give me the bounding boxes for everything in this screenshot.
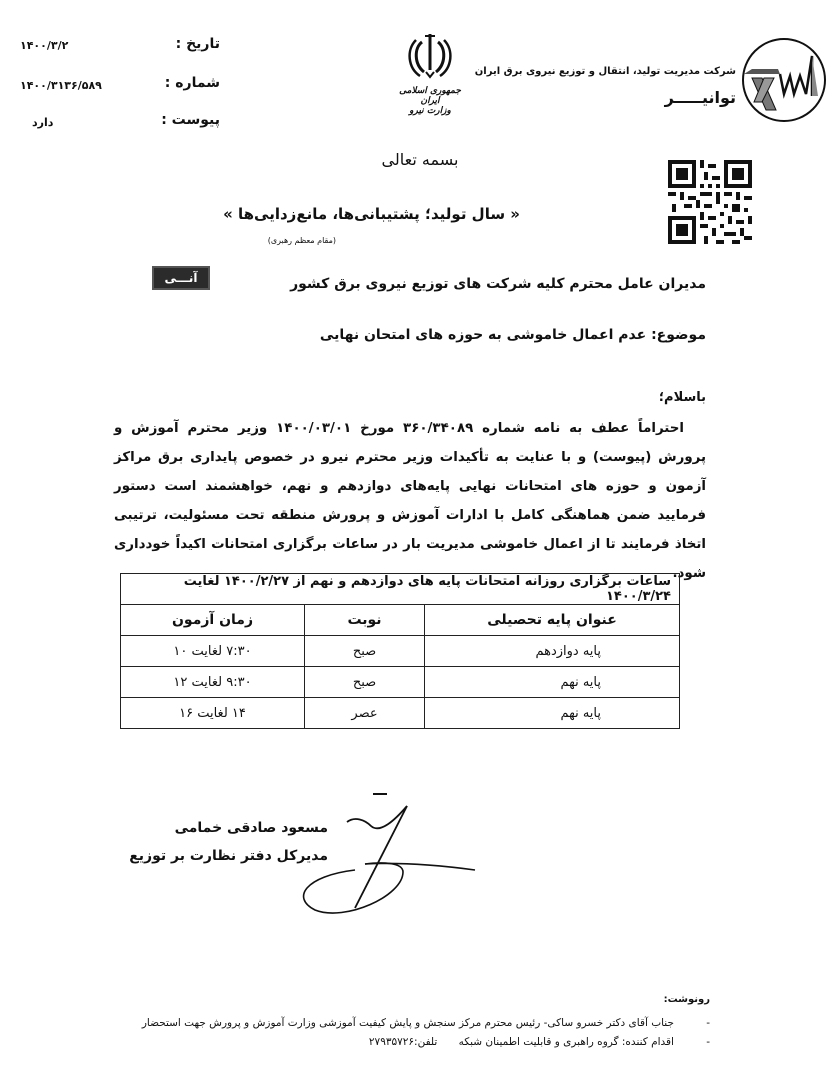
header-grade: عنوان پایه تحصیلی <box>425 605 680 636</box>
cell-grade: پایه نهم <box>425 698 680 729</box>
cc-item: - جناب آقای دکتر خسرو ساکی- رئیس محترم م… <box>150 1014 710 1033</box>
cc-item-text: اقدام کننده: گروه راهبری و قابلیت اطمینا… <box>459 1036 674 1048</box>
cc-item: - اقدام کننده: گروه راهبری و قابلیت اطمی… <box>150 1033 710 1052</box>
table-header-row: عنوان پایه تحصیلی نوبت زمان آزمون <box>121 605 680 636</box>
cc-bullet: - <box>684 1033 710 1052</box>
emblem-ministry: وزارت نیرو <box>395 106 465 116</box>
table-title: ساعات برگزاری روزانه امتحانات پایه های د… <box>121 574 680 605</box>
table-row: پایه نهم صبح ۹:۳۰ لغایت ۱۲ <box>121 667 680 698</box>
letter-body-paragraph: احتراماً عطف به نامه شماره ۳۶۰/۳۴۰۸۹ مور… <box>114 414 706 588</box>
cell-shift: عصر <box>305 698 425 729</box>
company-full-name: شرکت مدیریت تولید، انتقال و توزیع نیروی … <box>475 66 736 77</box>
cell-time: ۷:۳۰ لغایت ۱۰ <box>121 636 305 667</box>
iran-emblem: جمهوری اسلامی ایران وزارت نیرو <box>395 30 465 126</box>
cc-list: - جناب آقای دکتر خسرو ساکی- رئیس محترم م… <box>150 1014 710 1052</box>
attachment-value: دارد <box>32 116 132 129</box>
cell-time: ۱۴ لغایت ۱۶ <box>121 698 305 729</box>
motto-source: (مقام معظم رهبری) <box>268 236 336 245</box>
signatory-title: مدیرکل دفتر نظارت بر توزیع <box>129 848 328 864</box>
cc-label: رونوشت: <box>664 994 710 1005</box>
header-shift: نوبت <box>305 605 425 636</box>
table-title-row: ساعات برگزاری روزانه امتحانات پایه های د… <box>121 574 680 605</box>
bismillah-heading: بسمه تعالی <box>370 150 470 169</box>
greeting: باسلام؛ <box>659 390 706 405</box>
table-row: پایه نهم عصر ۱۴ لغایت ۱۶ <box>121 698 680 729</box>
header-time: زمان آزمون <box>121 605 305 636</box>
cell-shift: صبح <box>305 667 425 698</box>
signatory-name: مسعود صادقی خمامی <box>175 820 328 836</box>
date-value: ۱۴۰۰/۳/۲ <box>20 39 120 52</box>
attachment-label: پیوست : <box>140 112 220 128</box>
urgent-badge: آنـــی <box>152 266 210 290</box>
cell-time: ۹:۳۰ لغایت ۱۲ <box>121 667 305 698</box>
recipient: مدیران عامل محترم کلیه شرکت های توزیع نی… <box>290 276 706 292</box>
company-name: توانیـــــر <box>665 88 736 107</box>
tavanir-logo-icon <box>740 36 828 124</box>
cell-grade: پایه نهم <box>425 667 680 698</box>
cc-phone: تلفن:۲۷۹۳۵۷۲۶ <box>369 1036 437 1048</box>
subject-line: موضوع: عدم اعمال خاموشی به حوزه های امتح… <box>320 327 706 343</box>
cell-shift: صبح <box>305 636 425 667</box>
table-row: پایه دوازدهم صبح ۷:۳۰ لغایت ۱۰ <box>121 636 680 667</box>
date-label: تاریخ : <box>140 36 220 52</box>
cell-grade: پایه دوازدهم <box>425 636 680 667</box>
number-label: شماره : <box>140 75 220 91</box>
emblem-country: جمهوری اسلامی ایران <box>395 86 465 106</box>
cc-item-text: جناب آقای دکتر خسرو ساکی- رئیس محترم مرک… <box>142 1017 674 1029</box>
iran-emblem-icon <box>407 30 453 80</box>
exam-schedule-table: ساعات برگزاری روزانه امتحانات پایه های د… <box>120 573 680 729</box>
cc-bullet: - <box>684 1014 710 1033</box>
letter-body: احتراماً عطف به نامه شماره ۳۶۰/۳۴۰۸۹ مور… <box>114 414 706 588</box>
year-motto: « سال تولید؛ پشتیبانی‌ها، مانع‌زدایی‌ها … <box>223 205 520 223</box>
number-value: ۱۴۰۰/۳۱۳۶/۵۸۹ <box>20 79 120 92</box>
qr-code-icon <box>668 160 752 244</box>
